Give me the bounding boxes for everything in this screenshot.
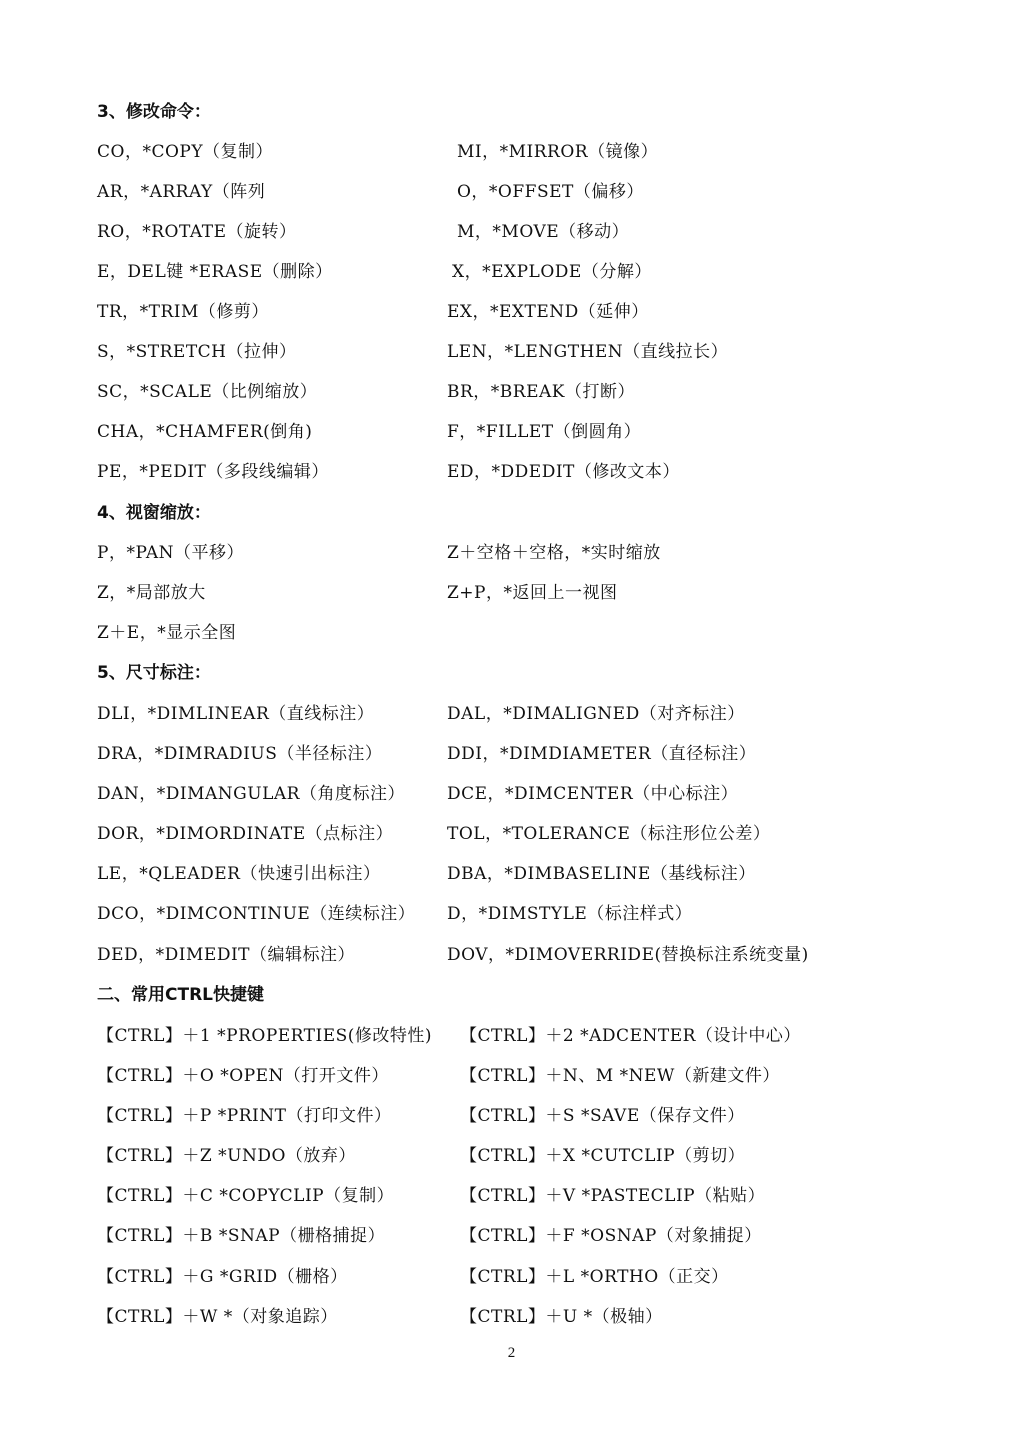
shortcut-right: 【CTRL】＋V *PASTECLIP（粘贴） xyxy=(460,1185,765,1207)
command-row: LE，*QLEADER（快速引出标注） DBA，*DIMBASELINE（基线标… xyxy=(0,863,1023,903)
command-row: CO，*COPY（复制） MI，*MIRROR（镜像） xyxy=(0,141,1023,181)
command-right: Z+P，*返回上一视图 xyxy=(447,582,618,604)
command-right: DBA，*DIMBASELINE（基线标注） xyxy=(447,863,756,885)
shortcut-right: 【CTRL】＋U *（极轴） xyxy=(460,1306,663,1328)
command-row: DRA，*DIMRADIUS（半径标注） DDI，*DIMDIAMETER（直径… xyxy=(0,743,1023,783)
command-left: DOR，*DIMORDINATE（点标注） xyxy=(97,823,393,845)
command-left: DCO，*DIMCONTINUE（连续标注） xyxy=(97,903,415,925)
command-right: DDI，*DIMDIAMETER（直径标注） xyxy=(447,743,756,765)
command-left: DED，*DIMEDIT（编辑标注） xyxy=(97,944,355,966)
shortcut-left: 【CTRL】＋B *SNAP（栅格捕捉） xyxy=(97,1225,385,1247)
command-left: TR，*TRIM（修剪） xyxy=(97,301,269,323)
shortcut-right: 【CTRL】＋X *CUTCLIP（剪切） xyxy=(460,1145,745,1167)
command-row: DED，*DIMEDIT（编辑标注） DOV，*DIMOVERRIDE(替换标注… xyxy=(0,944,1023,984)
command-left: DLI，*DIMLINEAR（直线标注） xyxy=(97,703,374,725)
command-right: D，*DIMSTYLE（标注样式） xyxy=(447,903,692,925)
section-heading-dimension: 5、尺寸标注： xyxy=(97,662,211,684)
shortcut-row: 【CTRL】＋B *SNAP（栅格捕捉） 【CTRL】＋F *OSNAP（对象捕… xyxy=(0,1225,1023,1265)
command-row: DAN，*DIMANGULAR（角度标注） DCE，*DIMCENTER（中心标… xyxy=(0,783,1023,823)
command-row: RO，*ROTATE（旋转） M，*MOVE（移动） xyxy=(0,221,1023,261)
shortcut-left: 【CTRL】＋G *GRID（栅格） xyxy=(97,1266,348,1288)
shortcut-right: 【CTRL】＋F *OSNAP（对象捕捉） xyxy=(460,1225,762,1247)
command-left: P，*PAN（平移） xyxy=(97,542,244,564)
page-number: 2 xyxy=(0,1345,1023,1362)
shortcut-left: 【CTRL】＋P *PRINT（打印文件） xyxy=(97,1105,391,1127)
command-right: TOL，*TOLERANCE（标注形位公差） xyxy=(447,823,770,845)
command-left: LE，*QLEADER（快速引出标注） xyxy=(97,863,380,885)
command-row: S，*STRETCH（拉伸） LEN，*LENGTHEN（直线拉长） xyxy=(0,341,1023,381)
command-left: S，*STRETCH（拉伸） xyxy=(97,341,297,363)
command-right: ED，*DDEDIT（修改文本） xyxy=(447,461,680,483)
command-left: PE，*PEDIT（多段线编辑） xyxy=(97,461,329,483)
command-left: E，DEL键 *ERASE（删除） xyxy=(97,261,333,283)
shortcut-left: 【CTRL】＋C *COPYCLIP（复制） xyxy=(97,1185,394,1207)
shortcut-row: 【CTRL】＋1 *PROPERTIES(修改特性) 【CTRL】＋2 *ADC… xyxy=(0,1025,1023,1065)
section-heading-modify: 3、修改命令： xyxy=(97,101,211,123)
command-right: BR，*BREAK（打断） xyxy=(447,381,635,403)
command-left: DAN，*DIMANGULAR（角度标注） xyxy=(97,783,405,805)
section-heading-ctrl: 二、常用CTRL快捷键 xyxy=(97,984,264,1006)
command-right: DAL，*DIMALIGNED（对齐标注） xyxy=(447,703,745,725)
command-right: X，*EXPLODE（分解） xyxy=(452,261,652,283)
command-row: PE，*PEDIT（多段线编辑） ED，*DDEDIT（修改文本） xyxy=(0,461,1023,501)
shortcut-row: 【CTRL】＋Z *UNDO（放弃） 【CTRL】＋X *CUTCLIP（剪切） xyxy=(0,1145,1023,1185)
shortcut-row: 【CTRL】＋O *OPEN（打开文件） 【CTRL】＋N、M *NEW（新建文… xyxy=(0,1065,1023,1105)
command-right: LEN，*LENGTHEN（直线拉长） xyxy=(447,341,728,363)
command-row: E，DEL键 *ERASE（删除） X，*EXPLODE（分解） xyxy=(0,261,1023,301)
command-row: DOR，*DIMORDINATE（点标注） TOL，*TOLERANCE（标注形… xyxy=(0,823,1023,863)
command-left: RO，*ROTATE（旋转） xyxy=(97,221,296,243)
command-left: DRA，*DIMRADIUS（半径标注） xyxy=(97,743,382,765)
shortcut-row: 【CTRL】＋W *（对象追踪） 【CTRL】＋U *（极轴） xyxy=(0,1306,1023,1346)
shortcut-left: 【CTRL】＋W *（对象追踪） xyxy=(97,1306,338,1328)
shortcut-right: 【CTRL】＋L *ORTHO（正交） xyxy=(460,1266,729,1288)
command-row: SC，*SCALE（比例缩放） BR，*BREAK（打断） xyxy=(0,381,1023,421)
command-left: Z＋E，*显示全图 xyxy=(97,622,236,644)
command-row: P，*PAN（平移） Z＋空格＋空格，*实时缩放 xyxy=(0,542,1023,582)
shortcut-left: 【CTRL】＋1 *PROPERTIES(修改特性) xyxy=(97,1025,432,1047)
shortcut-right: 【CTRL】＋N、M *NEW（新建文件） xyxy=(460,1065,780,1087)
command-right: DOV，*DIMOVERRIDE(替换标注系统变量) xyxy=(447,944,809,966)
command-left: AR，*ARRAY（阵列 xyxy=(97,181,265,203)
shortcut-row: 【CTRL】＋P *PRINT（打印文件） 【CTRL】＋S *SAVE（保存文… xyxy=(0,1105,1023,1145)
command-right: O，*OFFSET（偏移） xyxy=(457,181,644,203)
command-right: DCE，*DIMCENTER（中心标注） xyxy=(447,783,738,805)
command-row: Z＋E，*显示全图 xyxy=(0,622,1023,662)
shortcut-left: 【CTRL】＋Z *UNDO（放弃） xyxy=(97,1145,356,1167)
command-right: EX，*EXTEND（延伸） xyxy=(447,301,649,323)
command-left: SC，*SCALE（比例缩放） xyxy=(97,381,317,403)
command-right: MI，*MIRROR（镜像） xyxy=(457,141,658,163)
shortcut-row: 【CTRL】＋C *COPYCLIP（复制） 【CTRL】＋V *PASTECL… xyxy=(0,1185,1023,1225)
command-row: Z，*局部放大 Z+P，*返回上一视图 xyxy=(0,582,1023,622)
shortcut-right: 【CTRL】＋2 *ADCENTER（设计中心） xyxy=(460,1025,801,1047)
command-row: DLI，*DIMLINEAR（直线标注） DAL，*DIMALIGNED（对齐标… xyxy=(0,703,1023,743)
section-heading-zoom: 4、视窗缩放： xyxy=(97,502,211,524)
shortcut-right: 【CTRL】＋S *SAVE（保存文件） xyxy=(460,1105,745,1127)
command-left: CO，*COPY（复制） xyxy=(97,141,273,163)
command-row: CHA，*CHAMFER(倒角) F，*FILLET（倒圆角） xyxy=(0,421,1023,461)
command-row: TR，*TRIM（修剪） EX，*EXTEND（延伸） xyxy=(0,301,1023,341)
command-right: M，*MOVE（移动） xyxy=(457,221,629,243)
command-row: AR，*ARRAY（阵列 O，*OFFSET（偏移） xyxy=(0,181,1023,221)
command-right: Z＋空格＋空格，*实时缩放 xyxy=(447,542,661,564)
command-right: F，*FILLET（倒圆角） xyxy=(447,421,641,443)
command-row: DCO，*DIMCONTINUE（连续标注） D，*DIMSTYLE（标注样式） xyxy=(0,903,1023,943)
command-left: Z，*局部放大 xyxy=(97,582,206,604)
command-left: CHA，*CHAMFER(倒角) xyxy=(97,421,312,443)
shortcut-row: 【CTRL】＋G *GRID（栅格） 【CTRL】＋L *ORTHO（正交） xyxy=(0,1266,1023,1306)
shortcut-left: 【CTRL】＋O *OPEN（打开文件） xyxy=(97,1065,389,1087)
